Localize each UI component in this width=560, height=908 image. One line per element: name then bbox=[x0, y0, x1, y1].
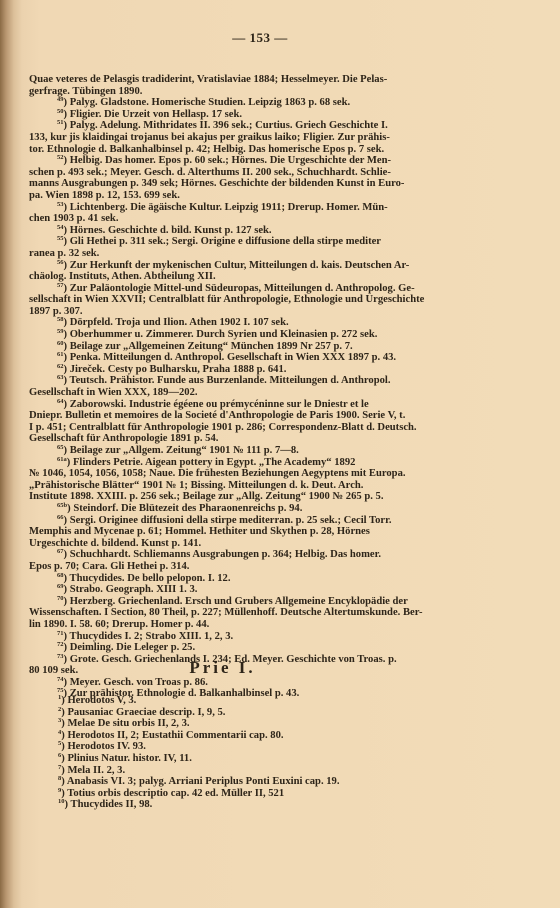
footnote-line: 58) Dörpfeld. Troja und Ilion. Athen 190… bbox=[29, 317, 469, 329]
footnote-line: I p. 451; Centralblatt für Anthropologie… bbox=[29, 422, 469, 434]
note-text: Melae De situ orbis II, 2, 3. bbox=[67, 718, 189, 729]
footnote-text: sellschaft in Wien XXVII; Centralblatt f… bbox=[29, 294, 424, 305]
footnote-line: 50) Fligier. Die Urzeit von Hellasp. 17 … bbox=[29, 109, 469, 121]
footnote-text: Fligier. Die Urzeit von Hellasp. 17 sek. bbox=[70, 109, 242, 120]
footnote-line: 57) Zur Paläontologie Mittel-und Südeuro… bbox=[29, 283, 469, 295]
footnote-line: 67) Schuchhardt. Schliemanns Ausgrabunge… bbox=[29, 549, 469, 561]
footnote-line: lin 1890. I. 58. 60; Drerup. Homer p. 44… bbox=[29, 619, 469, 631]
note-number: 4 bbox=[58, 729, 61, 736]
footnote-line: 49) Palyg. Gladstone. Homerische Studien… bbox=[29, 97, 469, 109]
footnote-line: 62) Jireček. Cesty po Bulharsku, Praha 1… bbox=[29, 364, 469, 376]
footnote-text: manns Ausgrabungen p. 349 sek; Hörnes. G… bbox=[29, 178, 404, 189]
appendix-notes: 1) Herodotos V, 3.2) Pausaniac Graeciae … bbox=[58, 695, 339, 811]
footnote-line: Dniepr. Bulletin et memoires de la Socie… bbox=[29, 410, 469, 422]
footnote-text: Oberhummer u. Zimmerer. Durch Syrien und… bbox=[70, 329, 378, 340]
footnote-number: 60 bbox=[57, 340, 64, 347]
footnote-number: 58 bbox=[57, 316, 64, 323]
footnote-line: 71) Thucydides I. 2; Strabo XIII. 1, 2, … bbox=[29, 631, 469, 643]
note-text: Herodotos IV. 93. bbox=[67, 741, 145, 752]
footnote-line: Quae veteres de Pelasgis tradiderint, Vr… bbox=[29, 74, 469, 86]
note-number: 2 bbox=[58, 706, 61, 713]
footnote-text: I p. 451; Centralblatt für Anthropologie… bbox=[29, 422, 417, 433]
footnote-number: 67 bbox=[57, 548, 64, 555]
footnote-line: Wissenschaften. I Section, 80 Theil, p. … bbox=[29, 607, 469, 619]
footnote-line: 74) Meyer. Gesch. von Troas p. 86. bbox=[29, 677, 469, 689]
footnote-line: Epos p. 70; Cara. Gli Hethei p. 314. bbox=[29, 561, 469, 573]
footnote-text: Quae veteres de Pelasgis tradiderint, Vr… bbox=[29, 74, 387, 85]
footnote-line: „Prähistorische Blätter“ 1901 № 1; Bissi… bbox=[29, 480, 469, 492]
footnote-number: 57 bbox=[57, 282, 64, 289]
book-page: — 153 — Quae veteres de Pelasgis tradide… bbox=[0, 0, 560, 908]
footnote-text: gerfrage. Tübingen 1890. bbox=[29, 86, 142, 97]
footnote-number: 50 bbox=[57, 108, 64, 115]
footnote-line: ranea p. 32 sek. bbox=[29, 248, 469, 260]
footnote-text: Lichtenberg. Die ägäische Kultur. Leipzi… bbox=[70, 202, 388, 213]
footnote-number: 66 bbox=[57, 514, 64, 521]
footnote-text: Urgeschichte d. bildend. Kunst p. 141. bbox=[29, 538, 201, 549]
footnote-line: 56) Zur Herkunft der mykenischen Cultur,… bbox=[29, 260, 469, 272]
footnote-line: chäolog. Instituts, Athen. Abtheilung XI… bbox=[29, 271, 469, 283]
footnote-line: Institute 1898. XXIII. p. 256 sek.; Beil… bbox=[29, 491, 469, 503]
footnote-number: 70 bbox=[57, 595, 64, 602]
footnote-text: Helbig. Das homer. Epos p. 60 sek.; Hörn… bbox=[70, 155, 391, 166]
footnote-number: 71 bbox=[57, 630, 64, 637]
footnote-line: manns Ausgrabungen p. 349 sek; Hörnes. G… bbox=[29, 178, 469, 190]
footnote-line: tor. Ethnologie d. Balkanhalbinsel p. 42… bbox=[29, 144, 469, 156]
footnote-text: Meyer. Gesch. von Troas p. 86. bbox=[70, 677, 208, 688]
footnote-line: gerfrage. Tübingen 1890. bbox=[29, 86, 469, 98]
footnote-text: Palyg. Gladstone. Homerische Studien. Le… bbox=[70, 97, 350, 108]
footnote-line: 72) Deimling. Die Leleger p. 25. bbox=[29, 642, 469, 654]
note-number: 7 bbox=[58, 764, 61, 771]
page-number: — 153 — bbox=[0, 30, 520, 46]
footnote-text: chäolog. Instituts, Athen. Abtheilung XI… bbox=[29, 271, 216, 282]
footnote-number: 63 bbox=[57, 374, 64, 381]
footnote-line: 65) Beilage zur „Allgem. Zeitung“ 1901 №… bbox=[29, 445, 469, 457]
footnote-line: 52) Helbig. Das homer. Epos p. 60 sek.; … bbox=[29, 155, 469, 167]
footnote-line: 69) Strabo. Geograph. XIII 1. 3. bbox=[29, 584, 469, 596]
appendix-note: 6) Plinius Natur. histor. IV, 11. bbox=[58, 753, 339, 765]
footnote-line: pa. Wien 1898 p. 12, 153. 699 sek. bbox=[29, 190, 469, 202]
footnote-text: „Prähistorische Blätter“ 1901 № 1; Bissi… bbox=[29, 480, 363, 491]
footnote-text: Dniepr. Bulletin et memoires de la Socie… bbox=[29, 410, 405, 421]
footnote-text: tor. Ethnologie d. Balkanhalbinsel p. 42… bbox=[29, 144, 384, 155]
note-number: 5 bbox=[58, 740, 61, 747]
footnote-number: 72 bbox=[57, 641, 64, 648]
note-text: Mela II. 2, 3. bbox=[67, 765, 125, 776]
footnote-text: Zaborowski. Industrie égéene ou prémycén… bbox=[70, 399, 369, 410]
appendix-note: 5) Herodotos IV. 93. bbox=[58, 741, 339, 753]
footnote-text: Dörpfeld. Troja und Ilion. Athen 1902 I.… bbox=[70, 317, 289, 328]
footnote-text: Beilage zur „Allgem. Zeitung“ 1901 № 111… bbox=[70, 445, 299, 456]
footnote-text: Teutsch. Prähistor. Funde aus Burzenland… bbox=[70, 375, 391, 386]
note-number: 10 bbox=[58, 798, 65, 805]
note-text: Herodotos II, 2; Eustathii Commentarii c… bbox=[67, 730, 283, 741]
footnote-number: 65b bbox=[57, 502, 67, 509]
footnote-text: Gli Hethei p. 311 sek.; Sergi. Origine e… bbox=[70, 236, 381, 247]
note-text: Herodotos V, 3. bbox=[67, 695, 136, 706]
footnote-text: Steindorf. Die Blütezeit des Pharaonenre… bbox=[73, 503, 302, 514]
footnote-text: ranea p. 32 sek. bbox=[29, 248, 99, 259]
footnote-text: Gesellschaft für Anthropologie 1891 p. 5… bbox=[29, 433, 218, 444]
footnote-number: 69 bbox=[57, 583, 64, 590]
footnote-number: 52 bbox=[57, 154, 64, 161]
footnote-line: sellschaft in Wien XXVII; Centralblatt f… bbox=[29, 294, 469, 306]
appendix-note: 4) Herodotos II, 2; Eustathii Commentari… bbox=[58, 730, 339, 742]
footnote-number: 65 bbox=[57, 444, 64, 451]
note-text: Anabasis VI. 3; palyg. Arriani Periplus … bbox=[67, 776, 340, 787]
note-text: Totius orbis descriptio cap. 42 ed. Müll… bbox=[67, 788, 284, 799]
footnote-text: Zur Paläontologie Mittel-und Südeuropas,… bbox=[70, 283, 415, 294]
footnote-line: 59) Oberhummer u. Zimmerer. Durch Syrien… bbox=[29, 329, 469, 341]
footnote-line: 61) Penka. Mitteilungen d. Anthropol. Ge… bbox=[29, 352, 469, 364]
footnote-line: Urgeschichte d. bildend. Kunst p. 141. bbox=[29, 538, 469, 550]
note-text: Thucydides II, 98. bbox=[71, 799, 153, 810]
footnote-line: 53) Lichtenberg. Die ägäische Kultur. Le… bbox=[29, 202, 469, 214]
footnote-number: 54 bbox=[57, 224, 64, 231]
footnote-text: Zur Herkunft der mykenischen Cultur, Mit… bbox=[70, 260, 410, 271]
footnote-text: Herzberg. Griechenland. Ersch und Gruber… bbox=[70, 596, 408, 607]
footnote-line: chen 1903 p. 41 sek. bbox=[29, 213, 469, 225]
footnote-text: Institute 1898. XXIII. p. 256 sek.; Beil… bbox=[29, 491, 383, 502]
footnote-text: Jireček. Cesty po Bulharsku, Praha 1888 … bbox=[70, 364, 287, 375]
footnote-text: 1897 p. 307. bbox=[29, 306, 83, 317]
footnote-line: Gesellschaft in Wien XXX, 189—202. bbox=[29, 387, 469, 399]
note-text: Plinius Natur. histor. IV, 11. bbox=[67, 753, 191, 764]
appendix-note: 7) Mela II. 2, 3. bbox=[58, 765, 339, 777]
footnote-text: 133, kur jis klaidingai trojanus bei aka… bbox=[29, 132, 390, 143]
footnote-text: № 1046, 1054, 1056, 1058; Naue. Die früh… bbox=[29, 468, 406, 479]
footnote-line: 66) Sergi. Originee diffusioni della sti… bbox=[29, 515, 469, 527]
footnote-line: 65b) Steindorf. Die Blütezeit des Pharao… bbox=[29, 503, 469, 515]
footnote-text: Memphis and Mycenae p. 61; Hommel. Hethi… bbox=[29, 526, 370, 537]
appendix-note: 2) Pausaniac Graeciae descrip. I, 9, 5. bbox=[58, 707, 339, 719]
note-number: 6 bbox=[58, 752, 61, 759]
footnote-text: schen p. 493 sek.; Meyer. Gesch. d. Alte… bbox=[29, 167, 391, 178]
footnote-text: chen 1903 p. 41 sek. bbox=[29, 213, 118, 224]
footnote-number: 61 bbox=[57, 351, 64, 358]
footnote-number: 49 bbox=[57, 96, 64, 103]
appendix-note: 8) Anabasis VI. 3; palyg. Arriani Peripl… bbox=[58, 776, 339, 788]
footnote-line: Gesellschaft für Anthropologie 1891 p. 5… bbox=[29, 433, 469, 445]
footnote-text: Thucydides I. 2; Strabo XIII. 1, 2, 3. bbox=[70, 631, 234, 642]
footnote-text: Thucydides. De bello pelopon. I. 12. bbox=[70, 573, 231, 584]
footnote-text: pa. Wien 1898 p. 12, 153. 699 sek. bbox=[29, 190, 180, 201]
footnote-line: 68) Thucydides. De bello pelopon. I. 12. bbox=[29, 573, 469, 585]
footnote-text: Beilage zur „Allgemeinen Zeitung“ Münche… bbox=[70, 341, 353, 352]
footnote-text: Palyg. Adelung. Mithridates II. 396 sek.… bbox=[70, 120, 388, 131]
footnote-text: Hörnes. Geschichte d. bild. Kunst p. 127… bbox=[70, 225, 272, 236]
footnote-line: 51) Palyg. Adelung. Mithridates II. 396 … bbox=[29, 120, 469, 132]
footnote-text: Penka. Mitteilungen d. Anthropol. Gesell… bbox=[70, 352, 396, 363]
footnote-line: schen p. 493 sek.; Meyer. Gesch. d. Alte… bbox=[29, 167, 469, 179]
footnotes-block: Quae veteres de Pelasgis tradiderint, Vr… bbox=[29, 74, 469, 700]
footnote-line: Memphis and Mycenae p. 61; Hommel. Hethi… bbox=[29, 526, 469, 538]
footnote-number: 61a bbox=[57, 456, 67, 463]
footnote-number: 68 bbox=[57, 572, 64, 579]
footnote-line: 63) Teutsch. Prähistor. Funde aus Burzen… bbox=[29, 375, 469, 387]
footnote-line: № 1046, 1054, 1056, 1058; Naue. Die früh… bbox=[29, 468, 469, 480]
appendix-note: 3) Melae De situ orbis II, 2, 3. bbox=[58, 718, 339, 730]
footnote-number: 53 bbox=[57, 201, 64, 208]
footnote-line: 61a) Flinders Petrie. Aigean pottery in … bbox=[29, 457, 469, 469]
footnote-number: 59 bbox=[57, 328, 64, 335]
note-number: 1 bbox=[58, 694, 61, 701]
footnote-text: Strabo. Geograph. XIII 1. 3. bbox=[70, 584, 198, 595]
appendix-note: 9) Totius orbis descriptio cap. 42 ed. M… bbox=[58, 788, 339, 800]
footnote-line: 60) Beilage zur „Allgemeinen Zeitung“ Mü… bbox=[29, 341, 469, 353]
footnote-line: 70) Herzberg. Griechenland. Ersch und Gr… bbox=[29, 596, 469, 608]
note-number: 3 bbox=[58, 717, 61, 724]
appendix-note: 10) Thucydides II, 98. bbox=[58, 799, 339, 811]
footnote-number: 51 bbox=[57, 119, 64, 126]
footnote-line: 64) Zaborowski. Industrie égéene ou prém… bbox=[29, 399, 469, 411]
footnote-text: Sergi. Originee diffusioni della stirpe … bbox=[70, 515, 392, 526]
note-text: Pausaniac Graeciae descrip. I, 9, 5. bbox=[67, 707, 225, 718]
footnote-text: Schuchhardt. Schliemanns Ausgrabungen p.… bbox=[70, 549, 381, 560]
footnote-number: 55 bbox=[57, 235, 64, 242]
footnote-text: Gesellschaft in Wien XXX, 189—202. bbox=[29, 387, 198, 398]
footnote-text: Flinders Petrie. Aigean pottery in Egypt… bbox=[73, 457, 355, 468]
footnote-number: 62 bbox=[57, 363, 64, 370]
footnote-text: Epos p. 70; Cara. Gli Hethei p. 314. bbox=[29, 561, 189, 572]
footnote-number: 56 bbox=[57, 259, 64, 266]
footnote-number: 64 bbox=[57, 398, 64, 405]
footnote-line: 54) Hörnes. Geschichte d. bild. Kunst p.… bbox=[29, 225, 469, 237]
appendix-note: 1) Herodotos V, 3. bbox=[58, 695, 339, 707]
footnote-text: Deimling. Die Leleger p. 25. bbox=[70, 642, 195, 653]
footnote-line: 1897 p. 307. bbox=[29, 306, 469, 318]
footnote-line: 133, kur jis klaidingai trojanus bei aka… bbox=[29, 132, 469, 144]
footnote-text: Wissenschaften. I Section, 80 Theil, p. … bbox=[29, 607, 423, 618]
note-number: 9 bbox=[58, 787, 61, 794]
footnote-line: 55) Gli Hethei p. 311 sek.; Sergi. Origi… bbox=[29, 236, 469, 248]
note-number: 8 bbox=[58, 775, 61, 782]
section-heading: Prie I. bbox=[0, 658, 445, 678]
footnote-text: lin 1890. I. 58. 60; Drerup. Homer p. 44… bbox=[29, 619, 209, 630]
